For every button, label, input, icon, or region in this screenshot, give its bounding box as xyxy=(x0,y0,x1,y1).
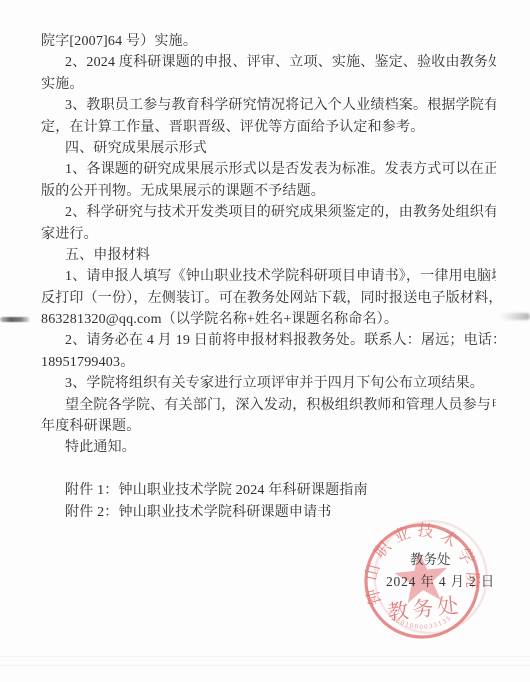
scan-artifact-right xyxy=(499,313,530,320)
scanned-notice-page: 院字[2007]64 号）实施。2、2024 度科研课题的申报、评审、立项、实施… xyxy=(0,0,530,682)
document-body-wrap: 院字[2007]64 号）实施。2、2024 度科研课题的申报、评审、立项、实施… xyxy=(41,31,496,523)
blank-line xyxy=(41,459,496,480)
text-line: 特此通知。 xyxy=(41,437,496,458)
scan-artifact-left xyxy=(0,317,30,322)
text-line: 2、科学研究与技术开发类项目的研究成果须鉴定的，由教务处组织有关专 xyxy=(41,202,496,223)
text-line: 附件 1：钟山职业技术学院 2024 年科研课题指南 xyxy=(41,480,496,501)
document-body: 院字[2007]64 号）实施。2、2024 度科研课题的申报、评审、立项、实施… xyxy=(41,31,496,459)
text-line: 3、教职员工参与教育科学研究情况将记入个人业绩档案。根据学院有关规 xyxy=(41,95,496,116)
text-line: 863281320@qq.com（以学院名称+姓名+课题名称命名）。 xyxy=(41,309,496,330)
text-line: 1、请申报人填写《钟山职业技术学院科研项目申请书》，一律用电脑填写正 xyxy=(41,266,496,287)
text-line: 定，在计算工作量、晋职晋级、评优等方面给予认定和参考。 xyxy=(41,117,496,138)
scan-streak xyxy=(0,656,530,657)
text-line: 18951799403。 xyxy=(41,352,496,373)
text-line: 四、研究成果展示形式 xyxy=(41,138,496,159)
text-line: 年度科研课题。 xyxy=(41,416,496,437)
signature-department: 教务处 xyxy=(410,548,451,568)
scan-streak xyxy=(0,665,530,666)
text-line: 2、请务必在 4 月 19 日前将申报材料报教务处。联系人：屠远；电话： xyxy=(41,330,496,351)
signature-date: 2024 年 4 月 2 日 xyxy=(386,570,495,590)
text-line: 家进行。 xyxy=(41,224,496,245)
text-line: 实施。 xyxy=(41,74,496,95)
text-line: 2、2024 度科研课题的申报、评审、立项、实施、鉴定、验收由教务处组织 xyxy=(41,52,496,73)
text-line: 1、各课题的研究成果展示形式以是否发表为标准。发表方式可以在正式出 xyxy=(41,159,496,180)
text-line: 五、申报材料 xyxy=(41,245,496,266)
text-line: 反打印（一份），左侧装订。可在教务处网站下载，同时报送电子版材料，发邮箱 xyxy=(41,288,496,309)
text-line: 版的公开刊物。无成果展示的课题不予结题。 xyxy=(41,181,496,202)
text-line: 院字[2007]64 号）实施。 xyxy=(41,31,496,52)
text-line: 3、学院将组织有关专家进行立项评审并于四月下旬公布立项结果。 xyxy=(41,373,496,394)
text-line: 望全院各学院、有关部门，深入发动，积极组织教师和管理人员参与申报本 xyxy=(41,395,496,416)
